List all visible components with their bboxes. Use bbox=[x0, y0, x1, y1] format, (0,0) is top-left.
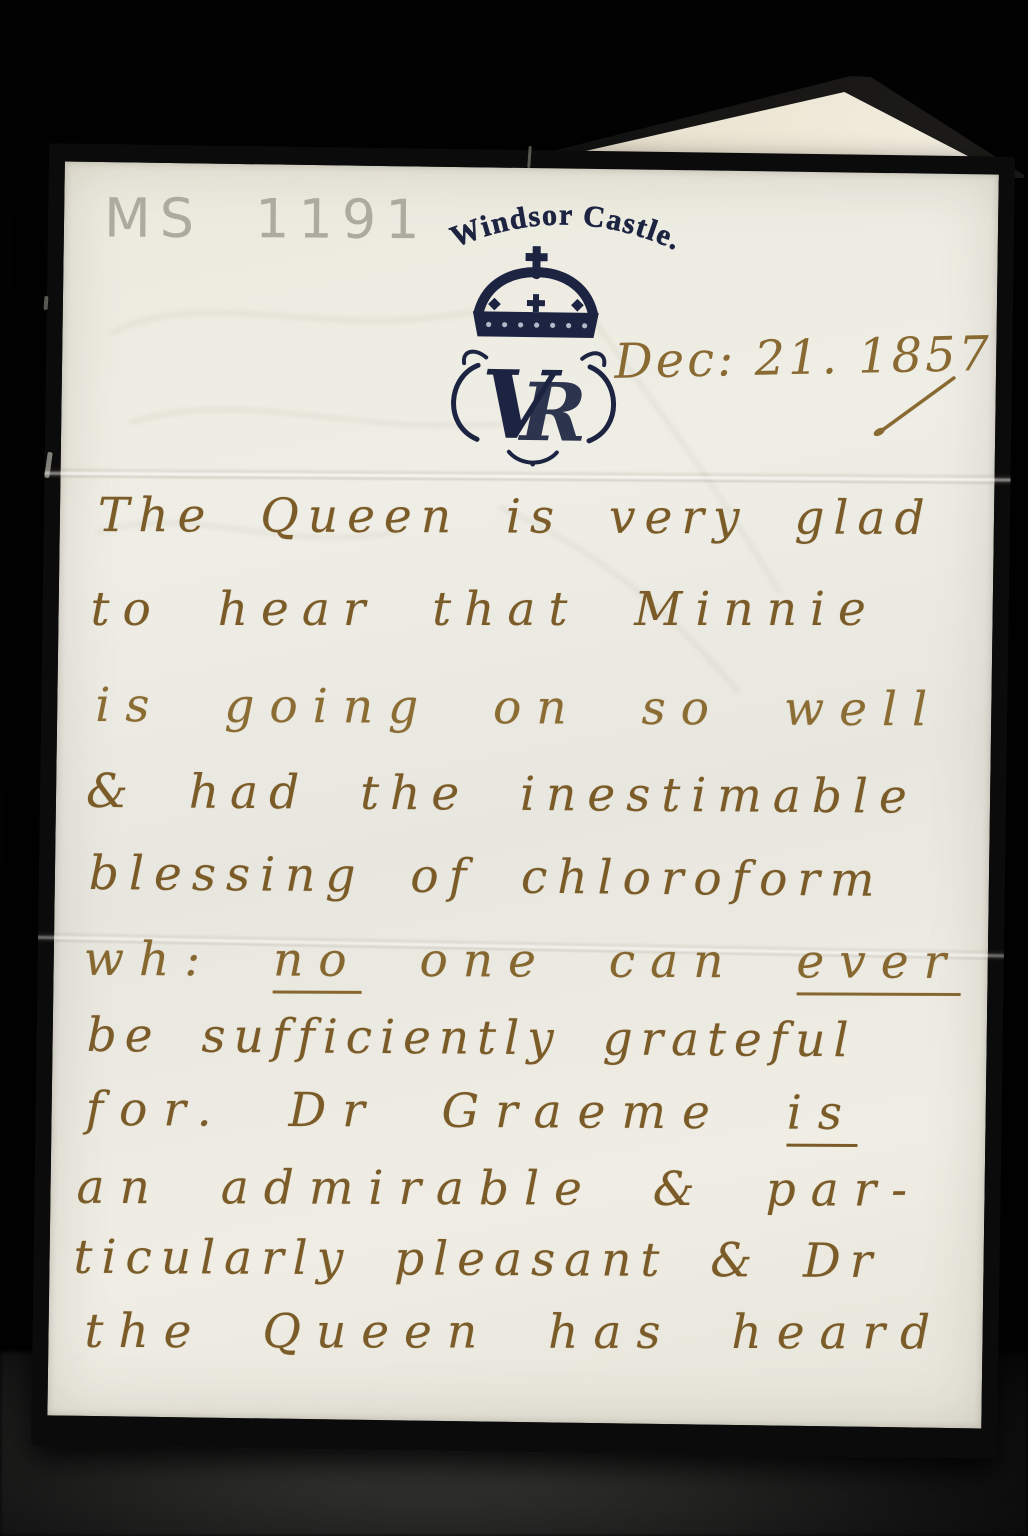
line-text: blessing of chloroform bbox=[89, 846, 885, 908]
letter-line-6: wh: no one can ever bbox=[84, 936, 962, 986]
letter-line-2: to hear that Minnie bbox=[91, 586, 879, 633]
letter-line-10: ticularly pleasant & Dr bbox=[73, 1234, 881, 1285]
letter-line-4: & had the inestimable bbox=[86, 768, 918, 821]
line-text: The Queen is very glad bbox=[98, 488, 934, 546]
letter-sheet: MS 1191 Windsor Castle. bbox=[47, 162, 998, 1429]
vr-royal-cipher-icon: V R bbox=[433, 335, 635, 476]
letter-line-5: blessing of chloroform bbox=[89, 850, 885, 904]
underlined-word: is bbox=[787, 1086, 858, 1147]
line-text: for. Dr Graeme bbox=[86, 1082, 787, 1141]
underlined-word: ever bbox=[796, 934, 961, 996]
line-text: to hear that Minnie bbox=[91, 582, 879, 637]
letter-line-9: an admirable & par- bbox=[76, 1164, 922, 1214]
date-flourish-stroke bbox=[861, 369, 972, 447]
letter-line-7: be sufficiently grateful bbox=[87, 1012, 857, 1064]
line-text: wh: bbox=[84, 932, 273, 988]
svg-text:R: R bbox=[518, 365, 588, 460]
letter-line-11: the Queen has heard bbox=[85, 1308, 946, 1357]
photograph-of-letter: { "palette": { "background": "#020202", … bbox=[0, 0, 1028, 1536]
line-text: an admirable & par- bbox=[76, 1160, 922, 1218]
letter-page: MS 1191 Windsor Castle. bbox=[31, 143, 1015, 1458]
line-text: & had the inestimable bbox=[86, 764, 918, 825]
line-text: the Queen has heard bbox=[85, 1304, 946, 1361]
letter-line-3: is going on so well bbox=[95, 682, 942, 733]
letter-line-8: for. Dr Graeme is bbox=[86, 1086, 859, 1137]
line-text: is going on so well bbox=[95, 678, 942, 737]
line-text: ticularly pleasant & Dr bbox=[73, 1230, 881, 1289]
catalog-number-pencil: MS 1191 bbox=[104, 192, 429, 248]
line-text: one can bbox=[362, 933, 797, 990]
line-text: be sufficiently grateful bbox=[86, 1008, 856, 1068]
letter-line-1: The Queen is very glad bbox=[98, 492, 934, 542]
underlined-word: no bbox=[273, 933, 362, 994]
